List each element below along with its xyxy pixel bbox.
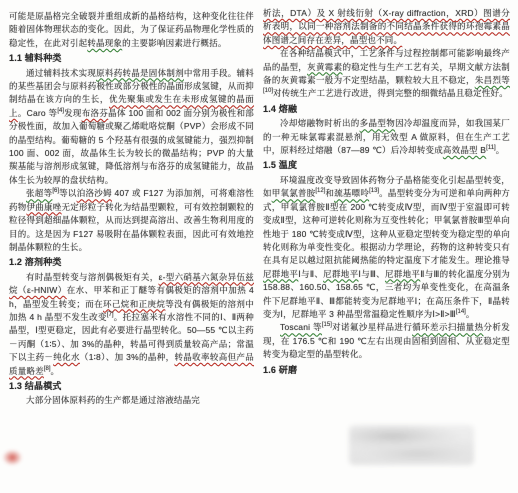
text-segment: 甲氧氯普胺 (272, 188, 316, 198)
text-column-right: 析法，DTA）及 X 射线衍射（X-ray diffraction，XRD）图谱… (263, 7, 510, 378)
reference-superscript: [14] (456, 309, 466, 315)
text-segment: 。晶型转变分为可逆和单向两种方式，甲氧氯普胺Ⅱ型在 200 ℃转变成Ⅳ型，而Ⅳ型… (263, 188, 510, 265)
section-heading: 1.2 溶剂种类 (9, 256, 254, 269)
censor-blur-patch (349, 425, 474, 465)
paragraph: 可能是原晶格完全破裂并重组成新的晶格结构，这种变化往往伴随着固体物理状态的变化。… (9, 10, 254, 50)
text-segment: Ⅰ与Ⅱ、 (298, 269, 323, 279)
paragraph: 大部分固体原料药的生产都是通过溶液结晶完 (9, 394, 254, 407)
paragraph: 张超等[6]等以泊洛沙姆 407 或 F127 为添加剂，可将难溶性药物伊曲康唑… (9, 187, 254, 254)
text-segment: 循环差示扫描量热 (412, 322, 483, 332)
section-heading: 1.5 温度 (263, 159, 510, 172)
text-segment: 。Caro 等 (18, 108, 58, 118)
text-segment: 伊曲康唑 (27, 202, 62, 212)
section-heading: 1.1 辅料种类 (9, 52, 254, 65)
text-segment: 尼群地平 (263, 269, 298, 279)
text-segment: 尼群地平 (323, 269, 358, 279)
text-segment: 转晶现象 (87, 38, 122, 48)
text-segment: 1.2 溶剂种类 (9, 257, 62, 267)
red-watermark-stamp (2, 448, 25, 467)
text-segment: 巯基嘌呤 (334, 188, 369, 198)
text-segment: 和 (325, 188, 334, 198)
text-segment: 发现 (64, 108, 82, 118)
reference-superscript: [7] (107, 312, 114, 318)
text-segment: 有时晶型转变与溶剂偶极矩有关， (26, 272, 159, 282)
paragraph: 冷却熔融物时析出的多晶型物因冷却温度而异，如我国某厂的一种无味氯霉素混悬剂，用无… (263, 117, 510, 157)
text-segment: 通过辅料技术实现 (26, 68, 96, 78)
reference-superscript: [13] (369, 188, 379, 194)
text-segment: 1.4 熔融 (263, 104, 297, 114)
text-segment: （1∶8）、加 3%的晶种， (80, 352, 175, 362)
section-heading: 1.4 熔融 (263, 103, 510, 116)
reference-superscript: [12] (315, 188, 325, 194)
text-segment: 1.5 温度 (263, 160, 297, 170)
text-segment: 多晶型物 (360, 118, 395, 128)
document-page: 可能是原晶格完全破裂并重组成新的晶格结构，这种变化往往伴随着固体物理状态的变化。… (0, 0, 518, 493)
text-segment: 。 (50, 366, 59, 376)
text-segment: 纯化水 (53, 352, 80, 362)
text-segment: 张超等 (26, 188, 52, 198)
text-segment: 环己烷和正庚烷 (103, 299, 165, 309)
text-segment: 1.3 结晶模式 (9, 381, 62, 391)
text-segment: 对诺氟沙星样品进行 (332, 322, 412, 332)
text-segment: 大部分固体原料药的生产都是通过溶液结晶完 (26, 395, 200, 405)
text-column-left: 可能是原晶格完全破裂并重组成新的晶格结构，这种变化往往伴随着固体物理状态的变化。… (9, 10, 254, 408)
text-segment: 。 (496, 145, 505, 155)
paragraph: 通过辅料技术实现原料药转晶是固体制剂中常用手段。辅料的某些基团会与原料药极性或部… (9, 67, 254, 188)
text-segment: 原料药转晶是固体制剂 (96, 68, 184, 78)
text-segment: 泊洛沙姆 (77, 188, 112, 198)
paragraph: 环境温度改变导致固体药物分子晶格能变化引起晶型转变，如甲氧氯普胺[12]和巯基嘌… (263, 174, 510, 321)
text-segment: Ⅰ与Ⅲ、 (358, 269, 385, 279)
text-segment: 布洛芬 (82, 108, 108, 118)
text-segment: 1.1 辅料种类 (9, 53, 62, 63)
text-segment: 等以 (59, 188, 77, 198)
section-heading: 1.6 研磨 (263, 364, 510, 377)
reference-superscript: [10] (263, 89, 273, 95)
section-heading: 1.3 结晶模式 (9, 380, 254, 393)
text-segment: 灰黄霉素 (307, 62, 342, 72)
text-segment: 冷却熔融物时析出的 (280, 118, 360, 128)
text-segment: Toscani 等 (280, 322, 322, 332)
text-segment: 的主要影响因素进行概括。 (122, 38, 226, 48)
text-segment: 尼群地平 (385, 269, 420, 279)
text-segment: 朱昌烈等 (475, 75, 510, 85)
paragraph: Toscani 等[15]对诺氟沙星样品进行循环差示扫描量热分析发现，在 176… (263, 321, 510, 361)
text-segment: 对传统生产工艺进行改进，得到完整的细微结晶且稳定性好。 (273, 88, 508, 98)
paragraph: 在各种结晶模式中，工艺条件与过程控制都可能影响最终产品的晶型，灰黄霉素的稳定性与… (263, 47, 510, 101)
text-segment: 析法，DTA）及 X 射线衍射（X-ray diffraction， (263, 8, 455, 18)
text-segment: 。 (466, 309, 475, 319)
reference-superscript: [4] (57, 108, 64, 114)
text-segment: 1.6 研磨 (263, 365, 297, 375)
reference-superscript: [11] (486, 145, 496, 151)
reference-superscript: [15] (322, 323, 332, 329)
text-segment: 晶体 100 面和 002 面分别为极性和部分极性面，故加入葡萄糖或聚乙烯吡咯烷… (9, 108, 254, 185)
text-segment: 高效晶型 B (443, 145, 486, 155)
paragraph: 析法，DTA）及 X 射线衍射（X-ray diffraction，XRD）图谱… (263, 7, 510, 47)
paragraph: 有时晶型转变与溶剂偶极矩有关，ε-型六硝基六氮杂异伍兹烷（ε-HNIW）在水、甲… (9, 271, 254, 378)
